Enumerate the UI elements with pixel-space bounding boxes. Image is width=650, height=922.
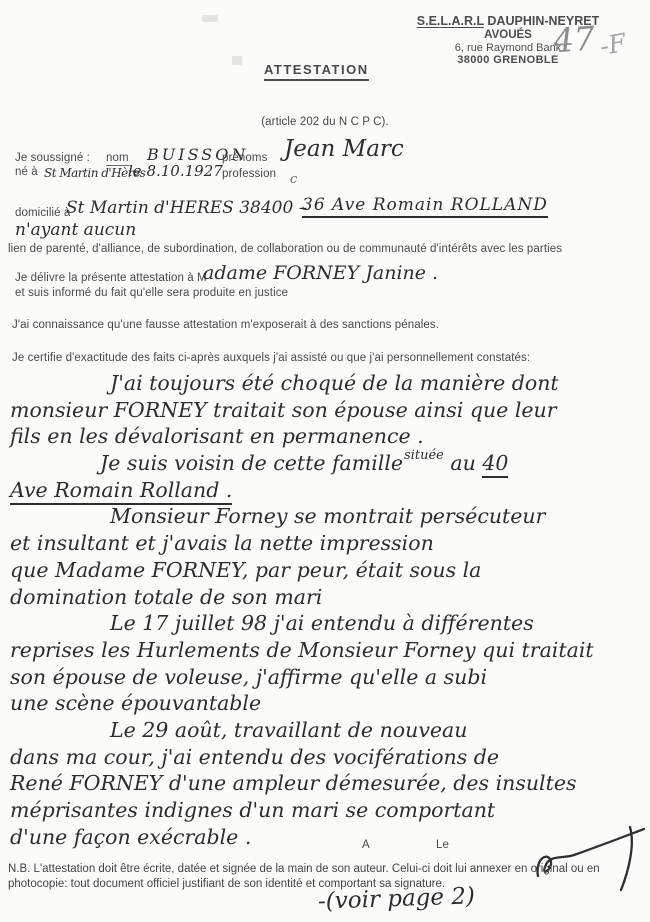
testimony-line: fils en les dévalorisant en permanence .: [10, 423, 644, 450]
testimony-line: Le 29 août, travaillant de nouveau: [10, 717, 644, 744]
testimony-line: méprisantes indignes d'un mari se compor…: [10, 797, 644, 824]
article-subtitle: (article 202 du N C P C).: [0, 116, 650, 128]
testimony-line: son épouse de voleuse, j'affirme qu'elle…: [10, 664, 644, 691]
beneficiary-value: adame FORNEY Janine .: [203, 262, 438, 284]
scan-smudge: [202, 15, 218, 22]
house-number: 40: [482, 451, 508, 478]
profession-mark: c: [290, 172, 297, 187]
handwritten-file-letter: -F: [598, 28, 628, 61]
lien-clause: lien de parenté, d'alliance, de subordin…: [8, 243, 562, 255]
justice-clause: et suis informé du fait qu'elle sera pro…: [15, 287, 288, 299]
testimony-segment: au: [450, 451, 475, 475]
certifie-clause: Je certifie d'exactitude des faits ci-ap…: [12, 352, 530, 364]
stamp-firm-abbr: S.E.L.A.R.L: [417, 14, 484, 28]
place-label: A: [362, 839, 370, 851]
testimony-line: Monsieur Forney se montrait persécuteur: [10, 503, 644, 530]
attestation-document: S.E.L.A.R.L DAUPHIN-NEYRET AVOUÉS 6, rue…: [0, 0, 650, 922]
voir-page-annotation: -(voir page 2): [318, 883, 476, 914]
ne-a-label: né à: [15, 166, 38, 178]
testimony-line: René FORNEY d'une ampleur démesurée, des…: [10, 770, 644, 797]
handwritten-file-number: 47: [552, 19, 597, 61]
testimony-line: domination totale de son mari: [10, 584, 644, 611]
birthdate-value: le 8.10.1927: [128, 162, 223, 180]
testimony-line: Ave Romain Rolland .: [10, 477, 644, 504]
inserted-word: située: [404, 448, 444, 463]
domicile-street-value: 36 Ave Romain ROLLAND: [302, 195, 548, 218]
domicile-value: St Martin d'HERES 38400 –: [66, 198, 307, 218]
testimony-line: Le 17 juillet 98 j'ai entendu à différen…: [10, 610, 644, 637]
testimony-line: J'ai toujours été choqué de la manière d…: [10, 370, 644, 397]
prenoms-value: Jean Marc: [284, 136, 404, 162]
street-name: Ave Romain Rolland .: [10, 478, 232, 505]
testimony-line: dans ma cour, j'ai entendu des vociférat…: [10, 744, 644, 771]
testimony-line: monsieur FORNEY traitait son épouse ains…: [10, 397, 644, 424]
testimony-line: Je suis voisin de cette famillesituée au…: [10, 450, 644, 477]
sanctions-clause: J'ai connaissance qu'une fausse attestat…: [12, 319, 439, 331]
testimony-segment: Je suis voisin de cette famille: [100, 451, 403, 475]
delivre-label: Je délivre la présente attestation à M: [15, 272, 207, 284]
handwritten-testimony: J'ai toujours été choqué de la manière d…: [10, 370, 644, 850]
scan-smudge: [232, 56, 242, 65]
testimony-line: reprises les Hurlements de Monsieur Forn…: [10, 637, 644, 664]
testimony-line: et insultant et j'avais la nette impress…: [10, 530, 644, 557]
domicilie-label: domicilié à: [15, 207, 70, 219]
testimony-line: une scène épouvantable: [10, 690, 644, 717]
date-label: Le: [436, 839, 449, 851]
testimony-line: que Madame FORNEY, par peur, était sous …: [10, 557, 644, 584]
page-title: ATTESTATION: [264, 62, 369, 81]
profession-label: profession: [222, 168, 276, 180]
form-line-birth: né à St Martin d'Hères le 8.10.1927 prof…: [0, 162, 650, 192]
ayant-aucun-value: n'ayant aucun: [15, 220, 136, 240]
